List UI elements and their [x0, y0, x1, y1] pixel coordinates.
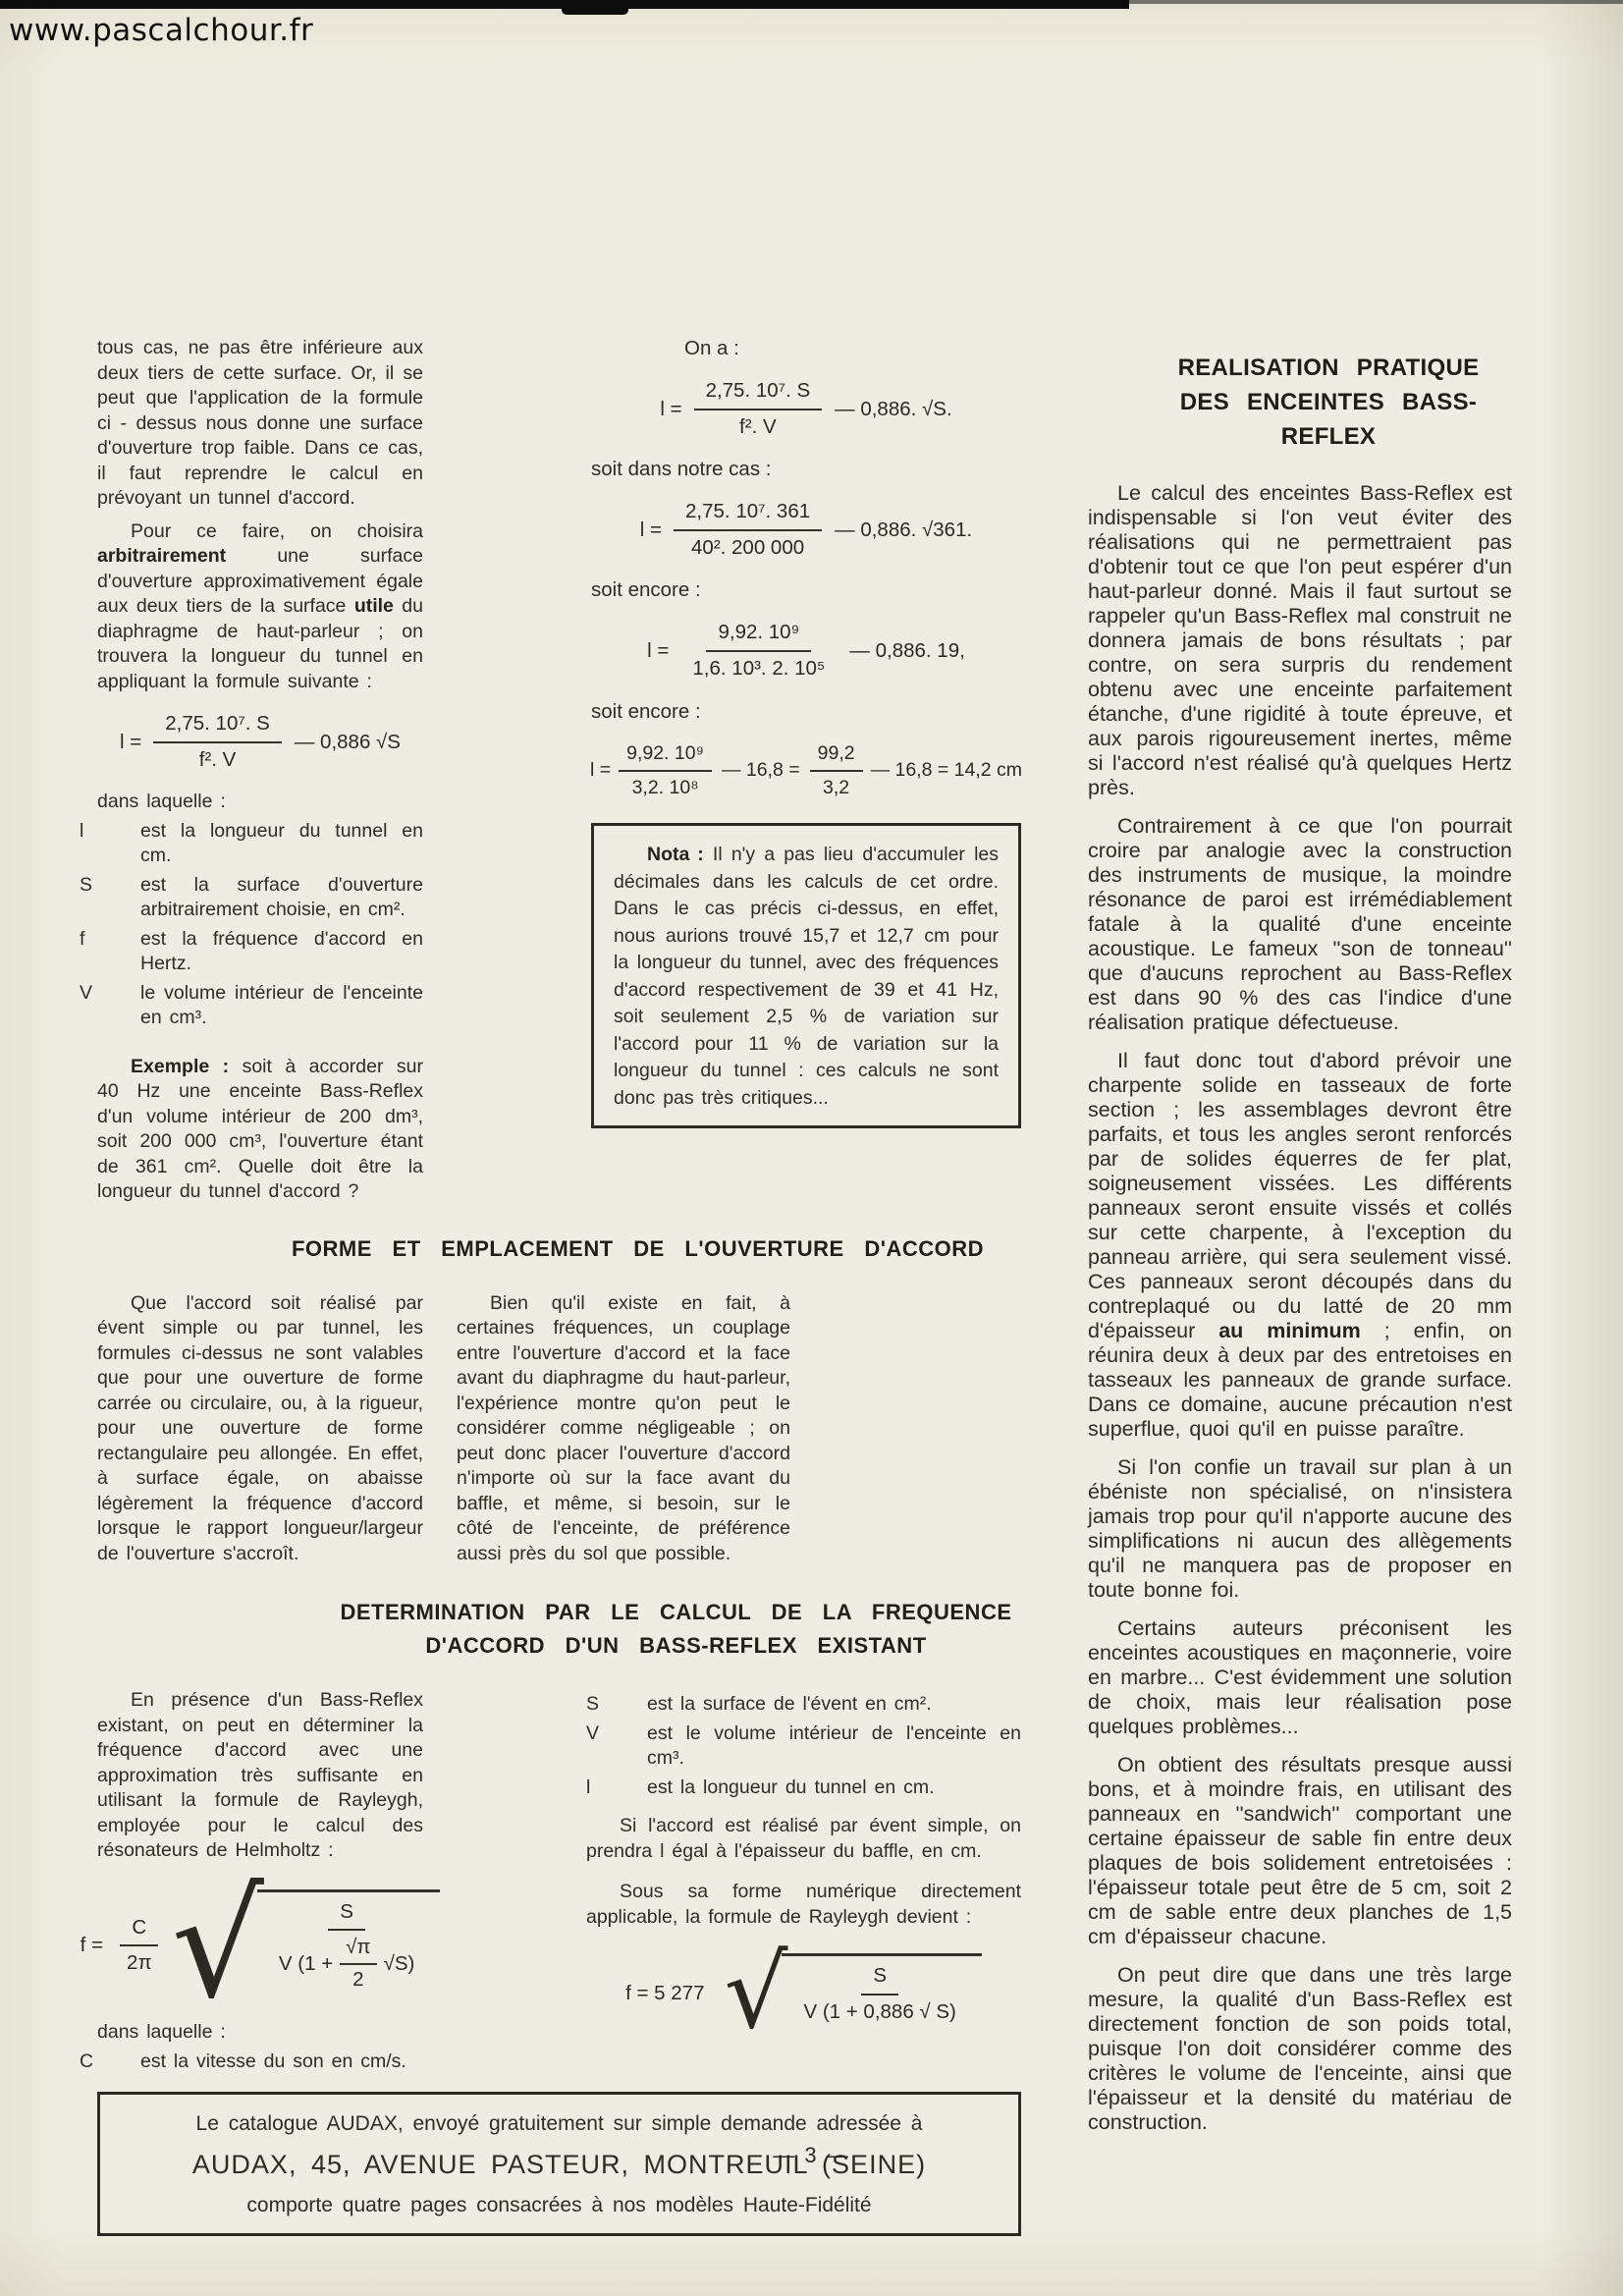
forme-column-2: Bien qu'il existe en fait, à certaines f… [457, 1291, 790, 1567]
heading-line-1: DETERMINATION PAR LE CALCUL DE LA FREQUE… [340, 1600, 1011, 1624]
numerator: S [328, 1900, 365, 1932]
paragraph-realisation-3: Il faut donc tout d'abord prévoir une ch… [1088, 1049, 1512, 1442]
text-run: Il faut donc tout d'abord prévoir une ch… [1088, 1049, 1512, 1342]
audax-line-3: comporte quatre pages consacrées à nos m… [110, 2194, 1008, 2217]
formula-numeric-case: l = 2,75. 10⁷. 36140². 200 000 — 0,886. … [591, 500, 1021, 560]
audax-line-1: Le catalogue AUDAX, envoyé gratuitement … [110, 2112, 1008, 2136]
formula-lhs: l = [590, 759, 611, 782]
paragraph-event-simple: Si l'accord est réalisé par évent simple… [586, 1814, 1021, 1864]
denominator: 2π [115, 1946, 164, 1976]
label-dans-laquelle: dans laquelle : [97, 790, 423, 815]
forme-section: Que l'accord soit réalisé par évent simp… [97, 1291, 1021, 1567]
variable-meaning: est la surface de l'évent en cm². [647, 1692, 1021, 1718]
variable-definition: Vle volume intérieur de l'enceinte en cm… [80, 981, 423, 1031]
denominator: 2 [347, 1965, 369, 1993]
formula-tail: — 0,886. √361. [835, 519, 972, 542]
variable-meaning: est la longueur du tunnel en cm. [140, 819, 423, 869]
numerator: 2,75. 10⁷. 361 [674, 500, 822, 531]
formula-tail: — 0,886. √S. [835, 398, 952, 421]
numerator: S [861, 1964, 898, 1995]
bold-arbitrairement: arbitrairement [97, 545, 226, 567]
variable-definition: Sest la surface d'ouverture arbitraireme… [80, 873, 423, 923]
forme-column-1: Que l'accord soit réalisé par évent simp… [97, 1291, 423, 1567]
scan-artifact [562, 0, 628, 15]
formula-simplified: l = 9,92. 10⁹1,6. 10³. 2. 10⁵ — 0,886. 1… [591, 621, 1021, 681]
top-section: tous cas, ne pas être inférieure aux deu… [97, 336, 1021, 1205]
section-heading-realisation: REALISATION PRATIQUEDES ENCEINTES BASS-R… [1088, 351, 1512, 454]
formula-result: l = 9,92. 10⁹3,2. 10⁸ — 16,8 = 99,23,2 —… [591, 742, 1021, 800]
square-root: √ SV (1 + 0,886 √ S) [724, 1953, 981, 2034]
variable-definition: lest la longueur du tunnel en cm. [80, 819, 423, 869]
paragraph-forme-1: Que l'accord soit réalisé par évent simp… [97, 1291, 423, 1567]
variable-meaning: le volume intérieur de l'enceinte en cm³… [140, 981, 423, 1031]
denominator: V (1 + √π2 √S) [267, 1931, 426, 1992]
numerator: 2,75. 10⁷. S [153, 712, 282, 743]
formula-rayleigh: f = C2π √ S V (1 + √π2 √S) [97, 1889, 423, 2002]
denominator: f². V [188, 743, 248, 773]
determination-column-2: Sest la surface de l'évent en cm². Vest … [586, 1688, 1021, 2051]
paragraph-realisation-1: Le calcul des enceintes Bass-Reflex est … [1088, 481, 1512, 800]
fraction: 2,75. 10⁷. Sf². V [153, 712, 282, 772]
fraction: 2,75. 10⁷. 36140². 200 000 [674, 500, 822, 560]
denominator: 1,6. 10³. 2. 10⁵ [680, 652, 837, 682]
text-run: Il n'y a pas lieu d'accumuler les décima… [614, 844, 999, 1109]
denominator: 3,2. 10⁸ [624, 772, 707, 799]
formula-tail: — 0,886 √S [295, 731, 401, 754]
variable-meaning: est la surface d'ouverture arbitrairemen… [140, 873, 423, 923]
paragraph-realisation-4: Si l'on confie un travail sur plan à un … [1088, 1455, 1512, 1603]
text-run: √S) [384, 1952, 415, 1977]
variable-symbol: f [80, 927, 140, 977]
fraction: C2π [115, 1916, 164, 1976]
formula-lhs: f = [81, 1934, 103, 1957]
numerator: 2,75. 10⁷. S [694, 379, 823, 410]
bold-utile: utile [354, 595, 394, 617]
section-heading-determination: DETERMINATION PAR LE CALCUL DE LA FREQUE… [97, 1596, 1021, 1663]
scanned-magazine-page: www.pascalchour.fr tous cas, ne pas être… [0, 0, 1623, 2296]
formula-tail: — 16,8 = 14,2 cm [871, 759, 1022, 782]
numerator: 9,92. 10⁹ [706, 621, 811, 652]
formula-lhs: l = [660, 398, 681, 421]
numerator: √π [340, 1936, 376, 1965]
variable-symbol: C [80, 2050, 140, 2075]
variable-symbol: V [586, 1722, 647, 1772]
radicand: SV (1 + 0,886 √ S) [782, 1953, 981, 2024]
nota-paragraph: Nota : Il n'y a pas lieu d'accumuler les… [614, 842, 999, 1112]
label-on-a: On a : [684, 336, 1021, 361]
variable-meaning: est la longueur du tunnel en cm. [647, 1776, 1021, 1801]
radical-icon: √ [724, 1953, 787, 2034]
label-soit-dans-notre-cas: soit dans notre cas : [591, 457, 1021, 482]
scan-edge-line [1129, 0, 1623, 4]
formula-tunnel-length: l = 2,75. 10⁷. Sf². V — 0,886 √S [97, 712, 423, 772]
determination-column-1: En présence d'un Bass-Reflex existant, o… [97, 1688, 423, 2074]
text-run: soit à accorder sur 40 Hz une enceinte B… [97, 1056, 423, 1203]
paragraph-realisation-7: On peut dire que dans une très large mes… [1088, 1963, 1512, 2135]
variable-definition: fest la fréquence d'accord en Hertz. [80, 927, 423, 977]
bold-exemple-label: Exemple : [131, 1056, 229, 1077]
radical-icon: √ [172, 1889, 264, 2002]
fraction: √π2 [340, 1936, 376, 1992]
variable-definition: Sest la surface de l'évent en cm². [586, 1692, 1021, 1718]
variable-meaning: est la fréquence d'accord en Hertz. [140, 927, 423, 977]
variable-symbol: S [80, 873, 140, 923]
paragraph-rayleigh-intro: En présence d'un Bass-Reflex existant, o… [97, 1688, 423, 1864]
column-3: REALISATION PRATIQUEDES ENCEINTES BASS-R… [1088, 331, 1512, 2149]
heading-line-2: DES ENCEINTES BASS-REFLEX [1180, 389, 1477, 450]
section-heading-forme: FORME ET EMPLACEMENT DE L'OUVERTURE D'AC… [97, 1232, 1021, 1266]
fraction: SV (1 + 0,886 √ S) [791, 1964, 967, 2024]
fraction: 9,92. 10⁹1,6. 10³. 2. 10⁵ [680, 621, 837, 681]
paragraph-forme-numerique: Sous sa forme numérique directement appl… [586, 1880, 1021, 1930]
square-root: √ S V (1 + √π2 √S) [172, 1889, 441, 2002]
denominator: f². V [728, 410, 788, 440]
paragraph-continuation: tous cas, ne pas être inférieure aux deu… [97, 336, 423, 512]
column-2: On a : l = 2,75. 10⁷. Sf². V — 0,886. √S… [591, 336, 1021, 1128]
radicand: S V (1 + √π2 √S) [257, 1889, 440, 1993]
fraction: S V (1 + √π2 √S) [267, 1900, 426, 1993]
denominator: 3,2 [815, 772, 857, 799]
variable-symbol: l [80, 819, 140, 869]
paragraph-forme-2: Bien qu'il existe en fait, à certaines f… [457, 1291, 790, 1567]
nota-box: Nota : Il n'y a pas lieu d'accumuler les… [591, 823, 1021, 1128]
variable-meaning: est la vitesse du son en cm/s. [140, 2050, 423, 2075]
variable-symbol: l [586, 1776, 647, 1801]
text-run: V (1 + [279, 1952, 333, 1977]
paragraph-realisation-6: On obtient des résultats presque aussi b… [1088, 1753, 1512, 1949]
paragraph-realisation-2: Contrairement à ce que l'on pourrait cro… [1088, 814, 1512, 1035]
formula-mid: — 16,8 = [722, 759, 800, 782]
numerator: 99,2 [810, 742, 863, 772]
variable-definition: Vest le volume intérieur de l'enceinte e… [586, 1722, 1021, 1772]
formula-general: l = 2,75. 10⁷. Sf². V — 0,886. √S. [591, 379, 1021, 439]
numerator: 9,92. 10⁹ [619, 742, 712, 772]
determination-section: En présence d'un Bass-Reflex existant, o… [97, 1688, 1021, 2074]
site-url-watermark: www.pascalchour.fr [9, 13, 313, 48]
fraction: 2,75. 10⁷. Sf². V [694, 379, 823, 439]
page-number: — 3 — [0, 2143, 1623, 2168]
variable-symbol: V [80, 981, 140, 1031]
formula-lhs: l = [640, 519, 662, 542]
paragraph-realisation-5: Certains auteurs préconisent les enceint… [1088, 1616, 1512, 1739]
paragraph-pour-ce-faire: Pour ce faire, on choisira arbitrairemen… [97, 519, 423, 695]
fraction: 99,23,2 [810, 742, 863, 800]
label-soit-encore: soit encore : [591, 577, 1021, 603]
paragraph-exemple: Exemple : soit à accorder sur 40 Hz une … [97, 1055, 423, 1205]
variable-symbol: S [586, 1692, 647, 1718]
main-text-area: tous cas, ne pas être inférieure aux deu… [97, 336, 1021, 2236]
column-1: tous cas, ne pas être inférieure aux deu… [97, 336, 423, 1205]
variable-definition: Cest la vitesse du son en cm/s. [80, 2050, 423, 2075]
denominator: 40². 200 000 [679, 531, 816, 561]
heading-line-2: D'ACCORD D'UN BASS-REFLEX EXISTANT [425, 1633, 926, 1658]
bold-au-minimum: au minimum [1218, 1319, 1361, 1342]
text-run: Pour ce faire, on choisira [131, 520, 423, 542]
numerator: C [120, 1916, 158, 1947]
formula-lhs: l = [120, 731, 141, 754]
fraction: 9,92. 10⁹3,2. 10⁸ [619, 742, 712, 800]
formula-lhs: l = [647, 639, 669, 663]
formula-rayleigh-numeric: f = 5 277 √ SV (1 + 0,886 √ S) [586, 1953, 1021, 2034]
bold-nota-label: Nota : [614, 842, 704, 869]
variable-meaning: est le volume intérieur de l'enceinte en… [647, 1722, 1021, 1772]
formula-lhs: f = 5 277 [625, 1982, 704, 2005]
label-soit-encore: soit encore : [591, 699, 1021, 725]
formula-tail: — 0,886. 19, [849, 639, 964, 663]
variable-definition: lest la longueur du tunnel en cm. [586, 1776, 1021, 1801]
heading-line-1: REALISATION PRATIQUE [1178, 355, 1480, 381]
denominator: V (1 + 0,886 √ S) [791, 1995, 967, 2025]
